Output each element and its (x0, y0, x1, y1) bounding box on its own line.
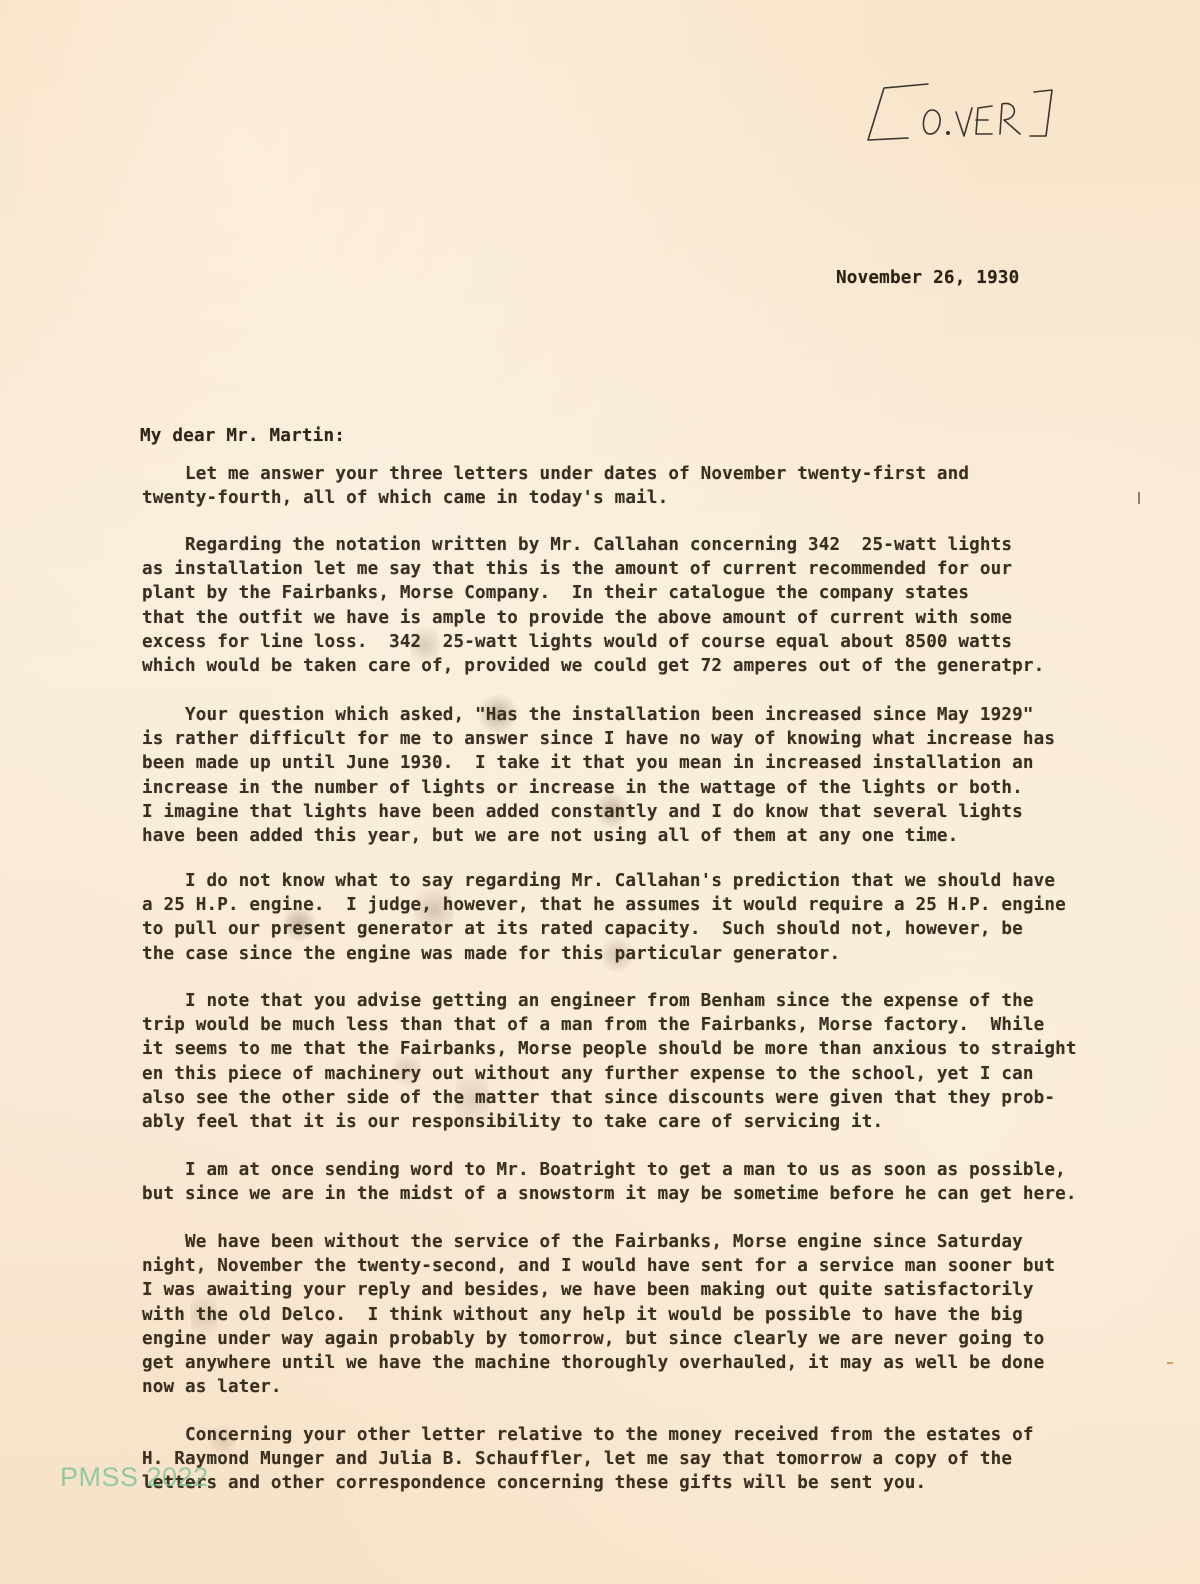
paragraph-7: We have been without the service of the … (142, 1230, 1192, 1399)
text-line: have been added this year, but we are no… (142, 824, 1192, 848)
text-line: to pull our present generator at its rat… (142, 917, 1192, 941)
text-line: as installation let me say that this is … (142, 557, 1192, 581)
text-line: excess for line loss. 342 25-watt lights… (142, 630, 1192, 654)
paragraph-1: Let me answer your three letters under d… (142, 462, 1192, 510)
letter-date: November 26, 1930 (836, 268, 1019, 288)
text-line: en this piece of machinery out without a… (142, 1062, 1192, 1086)
paragraph-5: I note that you advise getting an engine… (142, 989, 1192, 1134)
text-line: I do not know what to say regarding Mr. … (142, 869, 1192, 893)
salutation: My dear Mr. Martin: (140, 426, 345, 446)
handwritten-over-annotation (860, 78, 1060, 148)
text-line: I note that you advise getting an engine… (142, 989, 1192, 1013)
text-line: increase in the number of lights or incr… (142, 776, 1192, 800)
paragraph-2: Regarding the notation written by Mr. Ca… (142, 533, 1192, 678)
text-line: I imagine that lights have been added co… (142, 800, 1192, 824)
text-line: that the outfit we have is ample to prov… (142, 606, 1192, 630)
paragraph-6: I am at once sending word to Mr. Boatrig… (142, 1158, 1192, 1206)
text-line: night, November the twenty-second, and I… (142, 1254, 1192, 1278)
text-line: letters and other correspondence concern… (142, 1471, 1192, 1495)
text-line: Regarding the notation written by Mr. Ca… (142, 533, 1192, 557)
text-line: which would be taken care of, provided w… (142, 654, 1192, 678)
paragraph-3: Your question which asked, "Has the inst… (142, 703, 1192, 848)
archive-watermark: PMSS 2022 (60, 1462, 209, 1493)
text-line: engine under way again probably by tomor… (142, 1327, 1192, 1351)
text-line: is rather difficult for me to answer sin… (142, 727, 1192, 751)
text-line: it seems to me that the Fairbanks, Morse… (142, 1037, 1192, 1061)
text-line: been made up until June 1930. I take it … (142, 751, 1192, 775)
text-line: Concerning your other letter relative to… (142, 1423, 1192, 1447)
text-line: with the old Delco. I think without any … (142, 1303, 1192, 1327)
text-line: but since we are in the midst of a snows… (142, 1182, 1192, 1206)
text-line: a 25 H.P. engine. I judge, however, that… (142, 893, 1192, 917)
text-line: plant by the Fairbanks, Morse Company. I… (142, 581, 1192, 605)
text-line: the case since the engine was made for t… (142, 942, 1192, 966)
paragraph-4: I do not know what to say regarding Mr. … (142, 869, 1192, 966)
text-line: get anywhere until we have the machine t… (142, 1351, 1192, 1375)
handwritten-over-icon (860, 78, 1060, 148)
text-line: trip would be much less than that of a m… (142, 1013, 1192, 1037)
text-line: ably feel that it is our responsibility … (142, 1110, 1192, 1134)
text-line: Your question which asked, "Has the inst… (142, 703, 1192, 727)
text-line: now as later. (142, 1375, 1192, 1399)
text-line: twenty-fourth, all of which came in toda… (142, 486, 1192, 510)
text-line: also see the other side of the matter th… (142, 1086, 1192, 1110)
text-line: We have been without the service of the … (142, 1230, 1192, 1254)
text-line: H. Raymond Munger and Julia B. Schauffle… (142, 1447, 1192, 1471)
text-line: I am at once sending word to Mr. Boatrig… (142, 1158, 1192, 1182)
text-line: I was awaiting your reply and besides, w… (142, 1278, 1192, 1302)
letter-page: November 26, 1930 My dear Mr. Martin: Le… (0, 0, 1200, 1584)
paragraph-8: Concerning your other letter relative to… (142, 1423, 1192, 1496)
text-line: Let me answer your three letters under d… (142, 462, 1192, 486)
